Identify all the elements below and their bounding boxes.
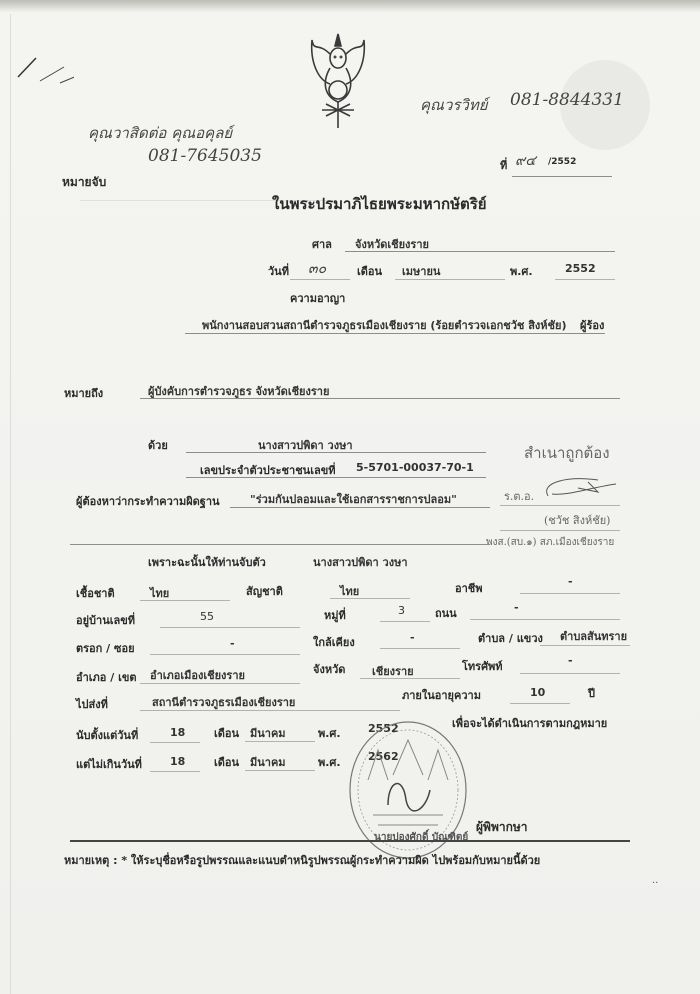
year-underline xyxy=(555,279,615,280)
charge-value: "ร่วมกันปลอมและใช้เอกสารราชการปลอม" xyxy=(250,490,457,508)
judge-role: ผู้พิพากษา xyxy=(476,818,528,837)
case-type: ความอาญา xyxy=(290,289,345,307)
moo-underline xyxy=(380,621,430,622)
deliver-value: สถานีตำรวจภูธรเมืองเชียงราย xyxy=(152,693,295,711)
purpose-text: เพื่อจะได้ดำเนินการตามกฎหมาย xyxy=(452,714,607,732)
province-label: จังหวัด xyxy=(313,660,345,678)
district-value: อำเภอเมืองเชียงราย xyxy=(150,666,245,684)
document-type-label: หมายจับ xyxy=(62,173,106,192)
warrant-number-handwritten: ๙๔ xyxy=(515,150,536,172)
near-value: - xyxy=(410,631,415,644)
phone-label: โทรศัพท์ xyxy=(462,657,503,675)
house-label: อยู่บ้านเลขที่ xyxy=(76,611,135,629)
order-name: นางสาวปพิดา วงษา xyxy=(313,553,408,571)
race-underline xyxy=(140,600,230,601)
charge-label: ผู้ต้องหาว่ากระทำความผิดฐาน xyxy=(76,492,220,510)
from-month-label: เดือน xyxy=(214,724,239,742)
phone-value: - xyxy=(568,654,573,667)
court-underline xyxy=(345,251,615,252)
suspect-underline xyxy=(186,452,486,453)
with-label: ด้วย xyxy=(148,436,168,454)
soi-underline xyxy=(150,654,300,655)
petitioner: พนักงานสอบสวนสถานีตำรวจภูธรเมืองเชียงราย… xyxy=(202,316,566,334)
date-day: ๓๐ xyxy=(308,258,326,280)
day-underline xyxy=(290,279,350,280)
tally-marks-icon xyxy=(14,55,74,85)
road-label: ถนน xyxy=(435,604,457,622)
district-label: อำเภอ / เขต xyxy=(76,668,137,686)
near-label: ใกล้เคียง xyxy=(313,633,355,651)
warrant-number-year: /2552 xyxy=(548,157,576,167)
deliver-label: ไปส่งที่ xyxy=(76,695,108,713)
near-underline xyxy=(380,648,460,649)
id-underline xyxy=(186,477,486,478)
cert-line-1 xyxy=(500,505,620,506)
garuda-emblem-icon xyxy=(308,32,368,130)
from-day-underline xyxy=(150,742,200,743)
handwritten-name-left: คุณวาสิดต่อ คุณอคุลย์ xyxy=(88,121,232,145)
subdistrict-label: ตำบล / แขวง xyxy=(478,629,543,647)
district-underline xyxy=(140,683,300,684)
date-label: วันที่ xyxy=(268,262,289,280)
to-label: หมายถึง xyxy=(64,384,103,402)
within-value: 10 xyxy=(530,686,545,699)
warrant-number-label: ที่ xyxy=(500,156,507,174)
until-year-label: พ.ศ. xyxy=(318,753,341,771)
within-label: ภายในอายุความ xyxy=(402,686,481,704)
certifier-signature-icon xyxy=(538,474,628,504)
order-topline xyxy=(70,544,490,545)
petitioner-underline xyxy=(185,333,605,334)
certifier-position: พงส.(สบ.๑) สภ.เมืองเชียงราย xyxy=(486,535,614,550)
from-month: มีนาคม xyxy=(250,724,286,742)
subdistrict-underline xyxy=(540,645,630,646)
province-underline xyxy=(360,678,460,679)
certified-copy-title: สำเนาถูกต้อง xyxy=(524,441,610,465)
to-underline xyxy=(140,398,620,399)
judge-name: นายปองศักดิ์ บัณฑิตย์ xyxy=(374,830,468,845)
deliver-underline xyxy=(140,710,400,711)
order-label: เพราะฉะนั้นให้ท่านจับตัว xyxy=(148,553,266,571)
nationality-underline xyxy=(330,598,410,599)
number-underline xyxy=(512,176,612,177)
race-label: เชื้อชาติ xyxy=(76,584,115,602)
nationality-label: สัญชาติ xyxy=(246,582,283,600)
until-day-underline xyxy=(150,771,200,772)
occupation-value: - xyxy=(568,575,573,588)
scan-left-edge xyxy=(10,14,11,994)
court-label: ศาล xyxy=(312,235,332,253)
within-underline xyxy=(510,703,570,704)
scan-edge-shadow xyxy=(0,0,700,12)
petitioner-role: ผู้ร้อง xyxy=(580,316,604,334)
handwritten-phone-left: 081-7645035 xyxy=(148,146,262,166)
year-label: พ.ศ. xyxy=(510,262,533,280)
house-underline xyxy=(160,627,300,628)
certifier-name: (ชวัช สิงห์ชัย) xyxy=(544,511,610,529)
date-month: เมษายน xyxy=(402,262,440,280)
occupation-label: อาชีพ xyxy=(455,579,483,597)
month-underline xyxy=(395,279,505,280)
month-label: เดือน xyxy=(357,262,382,280)
occupation-underline xyxy=(520,593,620,594)
handwritten-phone-right: 081-8844331 xyxy=(510,90,624,110)
id-value: 5-5701-00037-70-1 xyxy=(356,461,474,474)
until-month-label: เดือน xyxy=(214,753,239,771)
road-underline xyxy=(470,619,620,620)
handwritten-name-right: คุณวรวิทย์ xyxy=(420,93,488,117)
subdistrict-value: ตำบลสันทราย xyxy=(560,627,627,645)
until-month-underline xyxy=(245,770,315,771)
date-year: 2552 xyxy=(565,262,596,275)
soi-label: ตรอก / ซอย xyxy=(76,639,135,657)
scan-speck: ·· xyxy=(652,878,658,889)
until-month: มีนาคม xyxy=(250,753,286,771)
from-day: 18 xyxy=(170,726,185,739)
moo-label: หมู่ที่ xyxy=(324,606,346,624)
within-unit: ปี xyxy=(588,684,595,702)
footnote: หมายเหตุ : * ให้ระบุชื่อหรือรูปพรรณและแน… xyxy=(64,851,540,869)
from-month-underline xyxy=(245,741,315,742)
footer-divider xyxy=(70,840,630,842)
house-value: 55 xyxy=(200,610,214,623)
soi-value: - xyxy=(230,637,235,650)
scanned-warrant-page: คุณวาสิดต่อ คุณอคุลย์ 081-7645035 คุณวรว… xyxy=(0,0,700,994)
from-label: นับตั้งแต่วันที่ xyxy=(76,726,138,744)
phone-underline xyxy=(520,673,620,674)
moo-value: 3 xyxy=(398,604,405,617)
certifier-rank: ร.ต.อ. xyxy=(504,487,534,505)
road-value: - xyxy=(514,601,519,614)
until-day: 18 xyxy=(170,755,185,768)
from-year-label: พ.ศ. xyxy=(318,724,341,742)
cert-line-2 xyxy=(500,530,620,531)
royal-header: ในพระปรมาภิไธยพระมหากษัตริย์ xyxy=(272,192,487,216)
charge-underline xyxy=(230,507,490,508)
until-label: แต่ไม่เกินวันที่ xyxy=(76,755,142,773)
